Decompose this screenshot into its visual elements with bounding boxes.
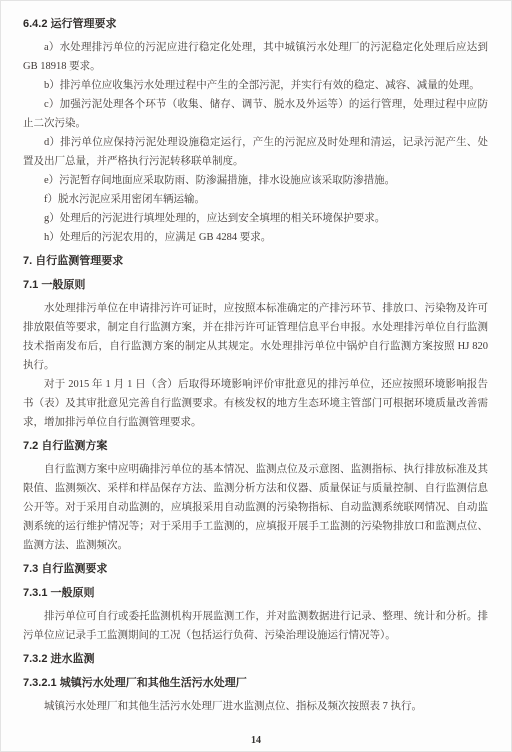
list-item-f: f）脱水污泥应采用密闭车辆运输。 (23, 190, 488, 209)
list-item-a: a）水处理排污单位的污泥应进行稳定化处理，其中城镇污水处理厂的污泥稳定化处理后应… (23, 38, 488, 76)
list-item-c: c）加强污泥处理各个环节（收集、储存、调节、脱水及外运等）的运行管理，处理过程中… (23, 95, 488, 133)
paragraph-7-3-2-1: 城镇污水处理厂和其他生活污水处理厂进水监测点位、指标及频次按照表 7 执行。 (23, 697, 488, 716)
paragraph-7-1-b: 对于 2015 年 1 月 1 日（含）后取得环境影响评价审批意见的排污单位，还… (23, 375, 488, 432)
section-heading-6-4-2: 6.4.2 运行管理要求 (23, 15, 488, 34)
page-footer: 14 (1, 735, 511, 746)
page-number: 14 (251, 735, 261, 746)
paragraph-7-1-a: 水处理排污单位在申请排污许可证时，应按照本标准确定的产排污环节、排放口、污染物及… (23, 299, 488, 375)
paragraph-7-2: 自行监测方案中应明确排污单位的基本情况、监测点位及示意图、监测指标、执行排放标准… (23, 460, 488, 555)
section-heading-7-3-2: 7.3.2 进水监测 (23, 650, 488, 669)
document-page: 6.4.2 运行管理要求 a）水处理排污单位的污泥应进行稳定化处理，其中城镇污水… (0, 0, 512, 752)
section-heading-7-2: 7.2 自行监测方案 (23, 437, 488, 456)
paragraph-7-3-1: 排污单位可自行或委托监测机构开展监测工作，并对监测数据进行记录、整理、统计和分析… (23, 607, 488, 645)
section-heading-7-3: 7.3 自行监测要求 (23, 560, 488, 579)
section-heading-7-3-1: 7.3.1 一般原则 (23, 584, 488, 603)
list-item-g: g）处理后的污泥进行填埋处理的，应达到安全填埋的相关环境保护要求。 (23, 209, 488, 228)
list-item-e: e）污泥暂存间地面应采取防雨、防渗漏措施，排水设施应该采取防渗措施。 (23, 171, 488, 190)
list-item-b: b）排污单位应收集污水处理过程中产生的全部污泥，并实行有效的稳定、减容、减量的处… (23, 76, 488, 95)
list-item-h: h）处理后的污泥农用的，应满足 GB 4284 要求。 (23, 228, 488, 247)
section-heading-7-3-2-1: 7.3.2.1 城镇污水处理厂和其他生活污水处理厂 (23, 674, 488, 693)
section-heading-7: 7. 自行监测管理要求 (23, 252, 488, 271)
list-item-d: d）排污单位应保持污泥处理设施稳定运行，产生的污泥应及时处理和清运，记录污泥产生… (23, 133, 488, 171)
document-content: 6.4.2 运行管理要求 a）水处理排污单位的污泥应进行稳定化处理，其中城镇污水… (23, 15, 488, 716)
section-heading-7-1: 7.1 一般原则 (23, 276, 488, 295)
